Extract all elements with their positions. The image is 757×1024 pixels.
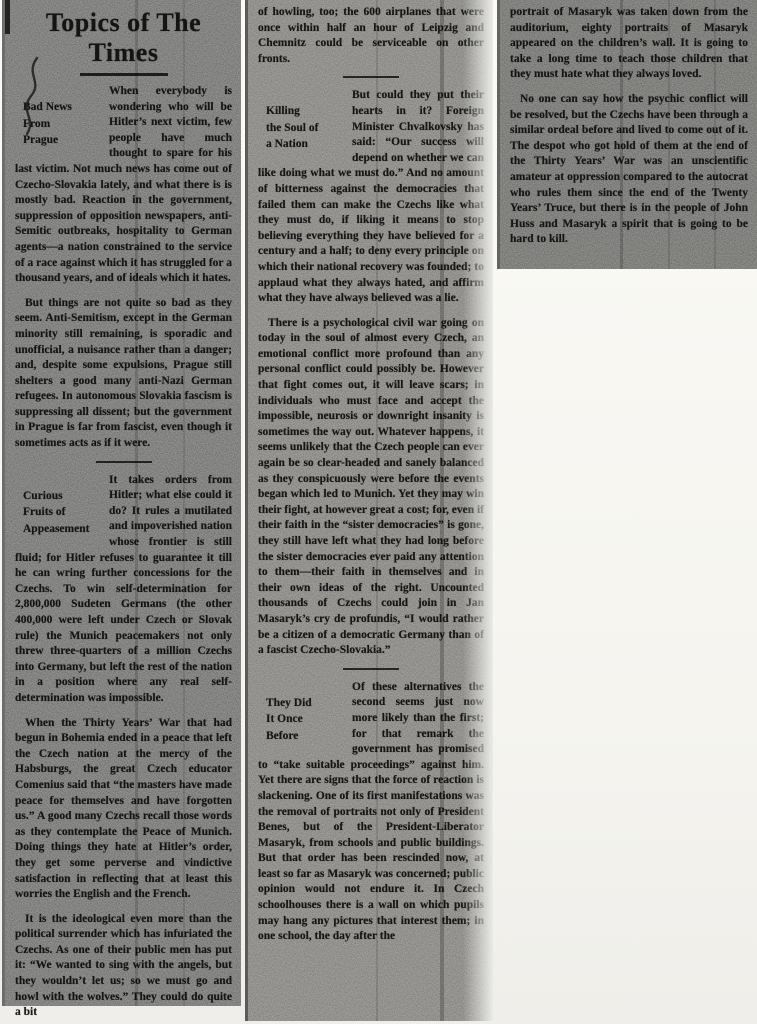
paragraph: But things are not quite so bad as they … [15, 296, 232, 452]
paragraph: It is the ideological even more than the… [15, 912, 232, 1021]
paragraph-text: When the Thirty Years’ War that had begu… [15, 717, 232, 901]
ink-blot [5, 0, 10, 34]
paragraph-text: of howling, too; the 600 airplanes that … [258, 6, 484, 65]
paragraph-text: There is a psychological civil war going… [258, 317, 484, 656]
sidehead-curious-fruits-of-appeasement: Curious Fruits of Appeasement [15, 473, 109, 542]
masthead: Topics of The Times [15, 8, 232, 76]
paragraph: There is a psychological civil war going… [258, 316, 484, 659]
paragraph: portrait of Masaryk was taken down from … [510, 5, 748, 83]
article-title: Topics of The Times [15, 8, 232, 68]
newspaper-column-right: portrait of Masaryk was taken down from … [497, 0, 757, 269]
paragraph-text: But things are not quite so bad as they … [15, 297, 232, 449]
title-rule [80, 73, 168, 76]
paragraph: No one can say how the psychic conflict … [510, 92, 748, 248]
newspaper-column-left: Topics of The Times Bad News From Prague… [2, 0, 241, 1006]
section-divider-rule [96, 461, 152, 463]
newspaper-column-middle: of howling, too; the 600 airplanes that … [245, 0, 493, 1021]
paragraph: of howling, too; the 600 airplanes that … [258, 5, 484, 67]
paragraph: Bad News From Prague When everybody is w… [15, 84, 232, 287]
paragraph: Curious Fruits of Appeasement It takes o… [15, 473, 232, 707]
paragraph-text: portrait of Masaryk was taken down from … [510, 6, 748, 80]
sidehead-they-did-it-once-before: They Did It Once Before [258, 680, 352, 749]
section-divider-rule [343, 76, 399, 78]
paragraph: They Did It Once Before Of these alterna… [258, 680, 484, 945]
paragraph-text: It is the ideological even more than the… [15, 913, 232, 1019]
sidehead-bad-news-from-prague: Bad News From Prague [15, 84, 109, 153]
paragraph: Killing the Soul of a Nation But could t… [258, 88, 484, 306]
paragraph-text: No one can say how the psychic conflict … [510, 93, 748, 245]
sidehead-killing-the-soul-of-a-nation: Killing the Soul of a Nation [258, 88, 352, 157]
section-divider-rule [343, 668, 399, 670]
scanned-newspaper-page: Topics of The Times Bad News From Prague… [0, 0, 757, 1024]
paragraph: When the Thirty Years’ War that had begu… [15, 716, 232, 903]
